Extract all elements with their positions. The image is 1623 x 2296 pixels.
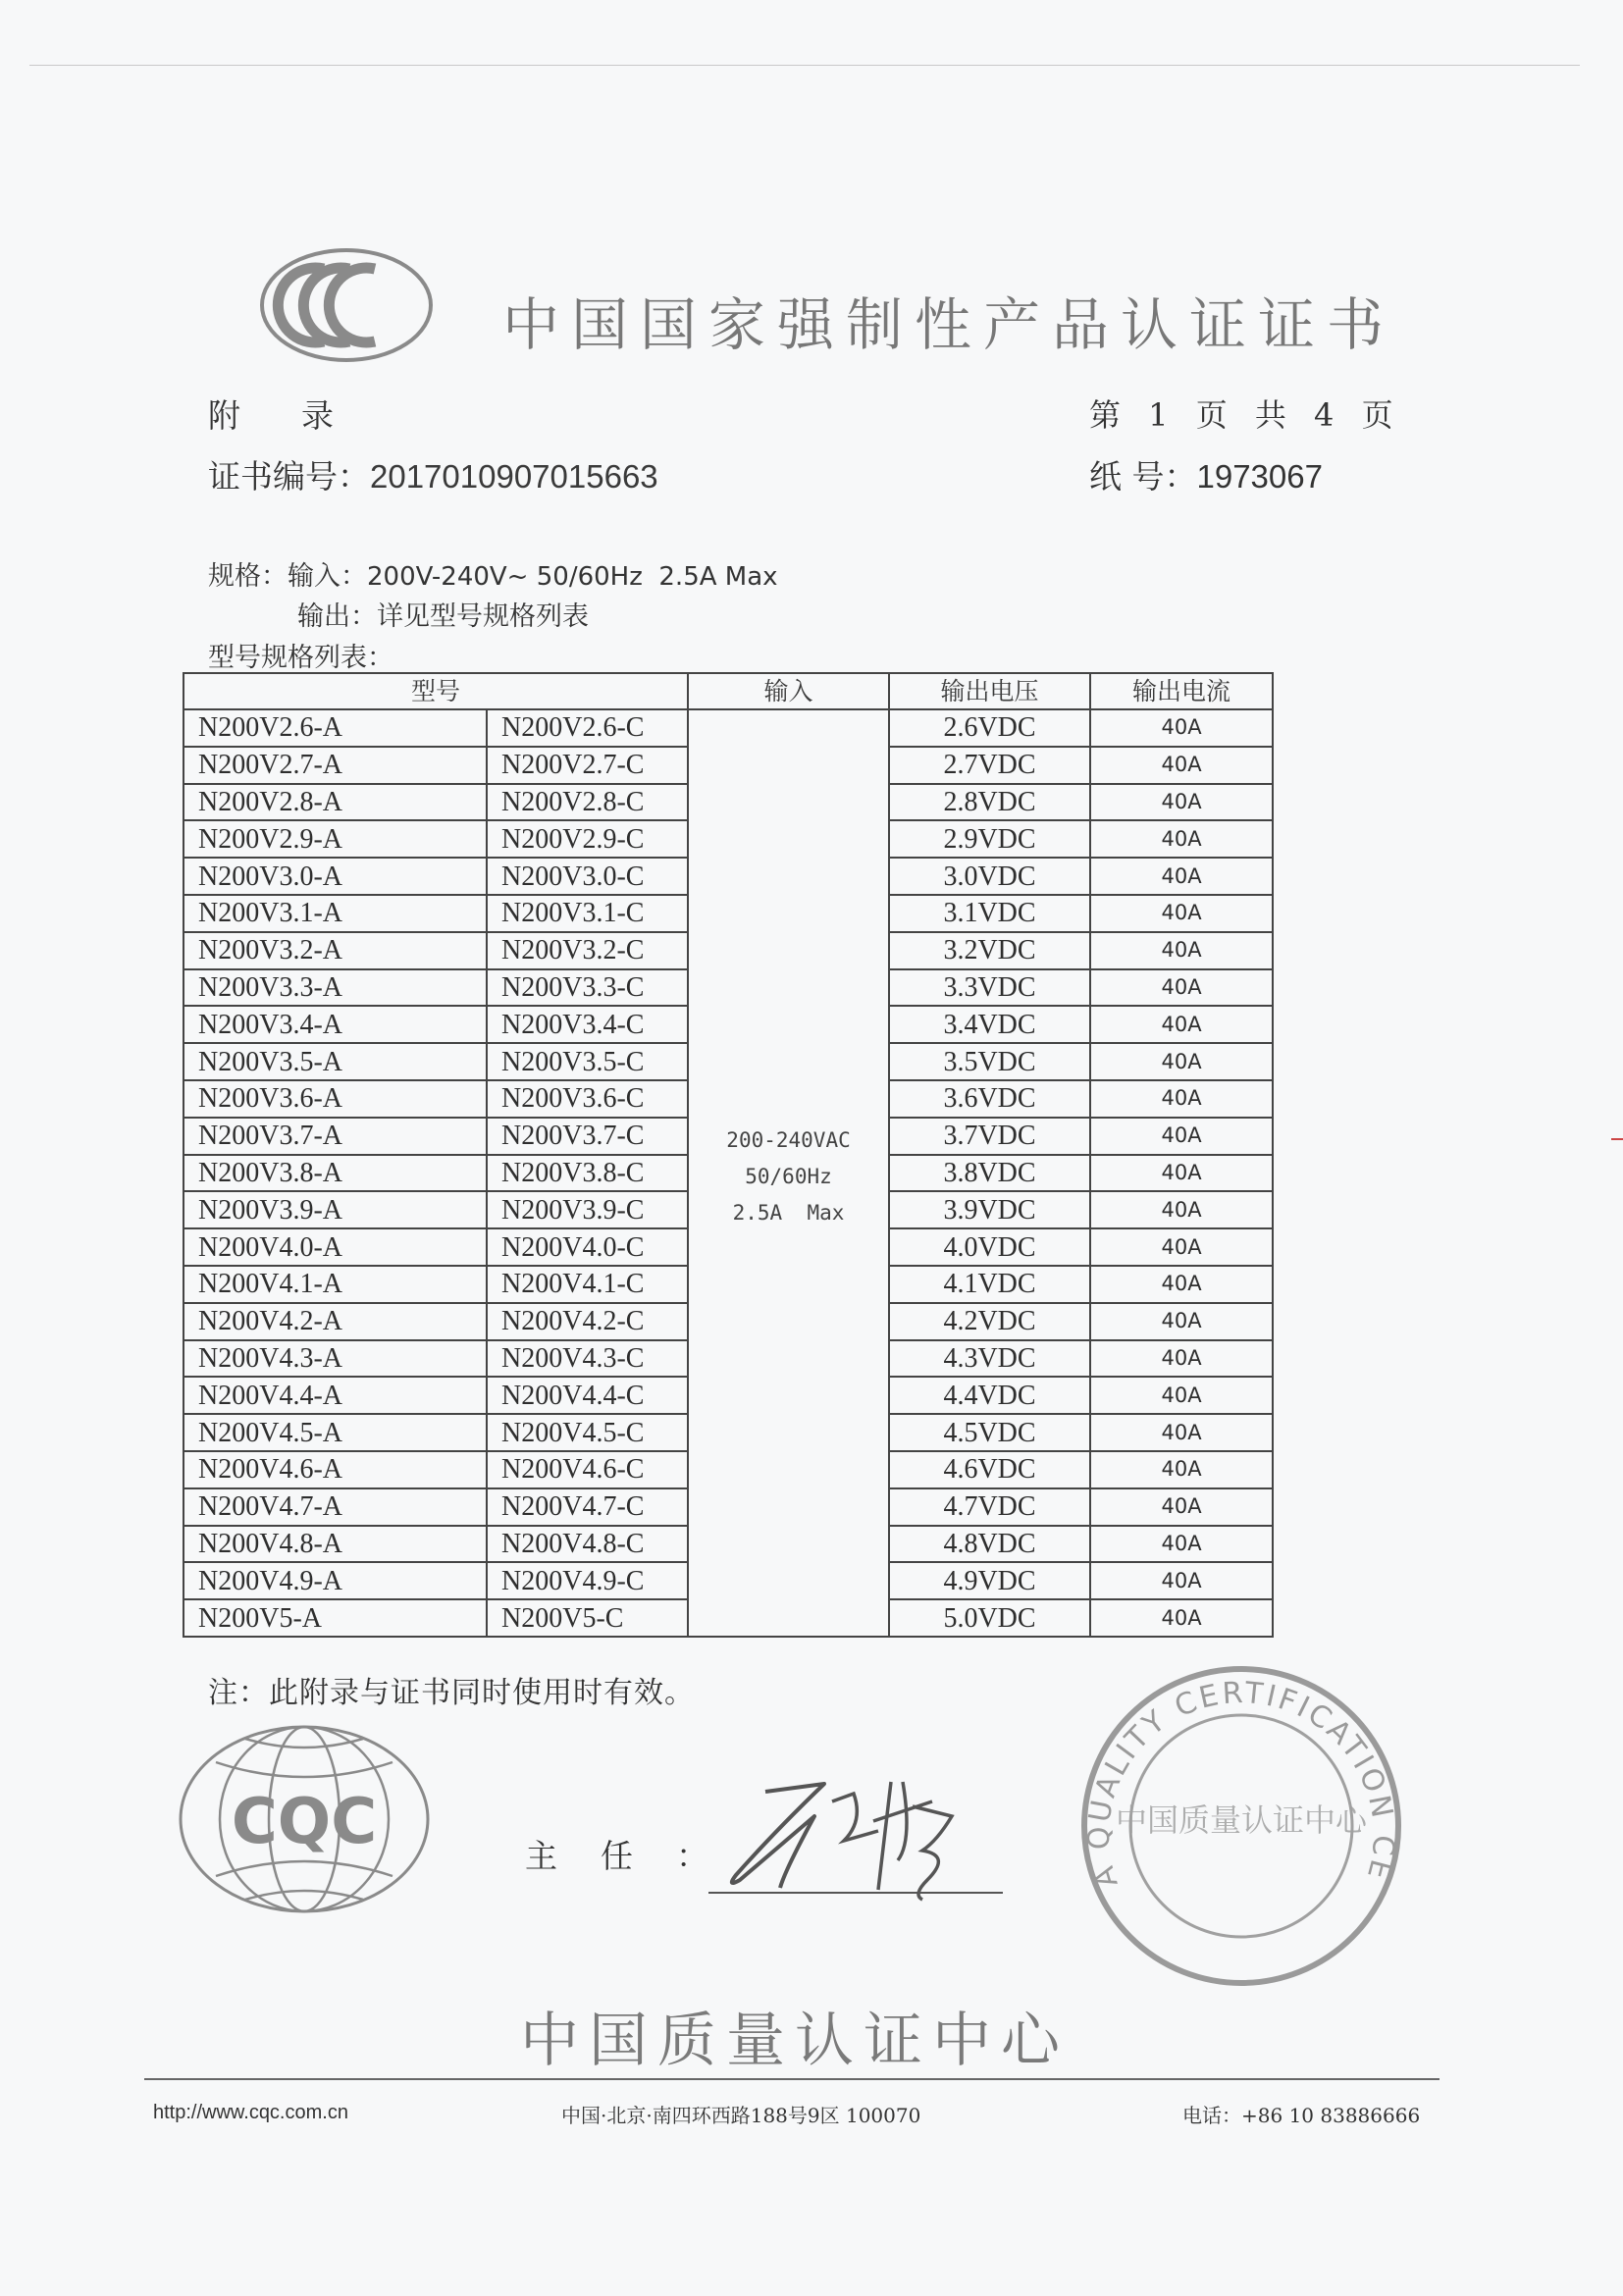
header-output-current: 输出电流 — [1090, 673, 1273, 709]
model-c-cell: N200V3.4-C — [487, 1006, 688, 1043]
output-current-cell: 40A — [1090, 747, 1273, 784]
issuing-organization: 中国质量认证中心 — [520, 1994, 1070, 2078]
output-current-cell: 40A — [1090, 1043, 1273, 1080]
output-voltage-cell: 4.3VDC — [889, 1340, 1090, 1378]
output-current-cell: 40A — [1090, 820, 1273, 858]
model-a-cell: N200V3.0-A — [183, 858, 487, 895]
model-a-cell: N200V5-A — [183, 1599, 487, 1637]
model-a-cell: N200V3.5-A — [183, 1043, 487, 1080]
model-a-cell: N200V3.7-A — [183, 1118, 487, 1155]
certificate-title: 中国国家强制性产品认证证书 — [502, 279, 1395, 361]
output-voltage-cell: 3.8VDC — [889, 1155, 1090, 1192]
model-a-cell: N200V2.8-A — [183, 784, 487, 821]
model-a-cell: N200V3.4-A — [183, 1006, 487, 1043]
table-header-row: 型号 输入 输出电压 输出电流 — [183, 673, 1273, 709]
footer-url-link[interactable]: http://www.cqc.com.cn — [153, 2102, 348, 2124]
appendix-label: 附录 — [208, 391, 394, 437]
output-voltage-cell: 3.4VDC — [889, 1006, 1090, 1043]
certification-seal-icon: CHINA QUALITY CERTIFICATION CENTRE 中国质量认… — [1070, 1654, 1413, 1998]
model-c-cell: N200V3.7-C — [487, 1118, 688, 1155]
output-voltage-cell: 2.7VDC — [889, 747, 1090, 784]
spec-output-line: 输出：详见型号规格列表 — [297, 595, 589, 633]
output-current-cell: 40A — [1090, 1377, 1273, 1414]
output-voltage-cell: 3.0VDC — [889, 858, 1090, 895]
model-a-cell: N200V3.8-A — [183, 1155, 487, 1192]
output-voltage-cell: 3.6VDC — [889, 1080, 1090, 1118]
model-a-cell: N200V4.1-A — [183, 1266, 487, 1303]
output-voltage-cell: 4.4VDC — [889, 1377, 1090, 1414]
output-current-cell: 40A — [1090, 1599, 1273, 1637]
footer-phone: 电话：+86 10 83886666 — [1182, 2100, 1420, 2128]
output-current-cell: 40A — [1090, 932, 1273, 969]
footer-divider — [144, 2078, 1440, 2080]
model-c-cell: N200V4.2-C — [487, 1303, 688, 1340]
output-current-cell: 40A — [1090, 858, 1273, 895]
model-c-cell: N200V3.1-C — [487, 895, 688, 932]
paper-number-value: 1973067 — [1197, 458, 1323, 495]
output-current-cell: 40A — [1090, 1414, 1273, 1451]
model-c-cell: N200V2.6-C — [487, 709, 688, 747]
model-c-cell: N200V3.8-C — [487, 1155, 688, 1192]
output-voltage-cell: 2.8VDC — [889, 784, 1090, 821]
paper-number: 纸 号：1973067 — [1089, 451, 1323, 497]
model-a-cell: N200V3.6-A — [183, 1080, 487, 1118]
output-current-cell: 40A — [1090, 1562, 1273, 1599]
output-voltage-cell: 3.7VDC — [889, 1118, 1090, 1155]
spec-output-value: 详见型号规格列表 — [377, 601, 589, 632]
input-rating-line: 200-240VAC — [689, 1122, 888, 1159]
spec-output-label: 输出： — [297, 601, 377, 632]
table-caption: 型号规格列表： — [208, 636, 393, 674]
output-current-cell: 40A — [1090, 1118, 1273, 1155]
output-current-cell: 40A — [1090, 784, 1273, 821]
output-voltage-cell: 4.7VDC — [889, 1488, 1090, 1526]
model-c-cell: N200V3.6-C — [487, 1080, 688, 1118]
input-rating-line: 50/60Hz — [689, 1159, 888, 1195]
model-a-cell: N200V4.6-A — [183, 1451, 487, 1488]
output-voltage-cell: 3.5VDC — [889, 1043, 1090, 1080]
validity-note: 注：此附录与证书同时使用时有效。 — [208, 1668, 695, 1711]
output-voltage-cell: 3.3VDC — [889, 969, 1090, 1007]
model-a-cell: N200V4.3-A — [183, 1340, 487, 1378]
certificate-number: 证书编号：2017010907015663 — [208, 451, 658, 497]
output-voltage-cell: 4.2VDC — [889, 1303, 1090, 1340]
output-current-cell: 40A — [1090, 969, 1273, 1007]
paper-number-label: 纸 号： — [1089, 457, 1197, 496]
model-spec-table: 型号 输入 输出电压 输出电流 N200V2.6-AN200V2.6-C200-… — [183, 672, 1274, 1638]
input-rating-cell: 200-240VAC50/60Hz2.5A Max — [688, 709, 889, 1637]
output-current-cell: 40A — [1090, 1080, 1273, 1118]
signature-icon — [716, 1762, 1021, 1909]
output-voltage-cell: 4.0VDC — [889, 1228, 1090, 1266]
model-c-cell: N200V4.1-C — [487, 1266, 688, 1303]
output-voltage-cell: 3.1VDC — [889, 895, 1090, 932]
model-c-cell: N200V2.9-C — [487, 820, 688, 858]
output-voltage-cell: 4.1VDC — [889, 1266, 1090, 1303]
svg-text:中国质量认证中心: 中国质量认证中心 — [1116, 1801, 1368, 1839]
model-c-cell: N200V2.7-C — [487, 747, 688, 784]
output-current-cell: 40A — [1090, 1228, 1273, 1266]
model-a-cell: N200V4.0-A — [183, 1228, 487, 1266]
certificate-number-value: 2017010907015663 — [370, 458, 658, 495]
output-current-cell: 40A — [1090, 895, 1273, 932]
model-c-cell: N200V3.2-C — [487, 932, 688, 969]
output-voltage-cell: 3.9VDC — [889, 1191, 1090, 1228]
page-indicator: 第 1 页 共 4 页 — [1089, 391, 1395, 436]
model-a-cell: N200V4.4-A — [183, 1377, 487, 1414]
model-a-cell: N200V4.2-A — [183, 1303, 487, 1340]
input-rating-line: 2.5A Max — [689, 1195, 888, 1231]
model-c-cell: N200V3.3-C — [487, 969, 688, 1007]
output-voltage-cell: 4.9VDC — [889, 1562, 1090, 1599]
output-current-cell: 40A — [1090, 1526, 1273, 1563]
model-c-cell: N200V4.6-C — [487, 1451, 688, 1488]
model-c-cell: N200V4.5-C — [487, 1414, 688, 1451]
output-voltage-cell: 5.0VDC — [889, 1599, 1090, 1637]
output-voltage-cell: 3.2VDC — [889, 932, 1090, 969]
output-current-cell: 40A — [1090, 1451, 1273, 1488]
footer-address: 中国·北京·南四环西路188号9区 100070 — [561, 2100, 920, 2128]
model-a-cell: N200V3.3-A — [183, 969, 487, 1007]
output-current-cell: 40A — [1090, 1266, 1273, 1303]
model-c-cell: N200V3.0-C — [487, 858, 688, 895]
model-a-cell: N200V4.9-A — [183, 1562, 487, 1599]
spec-input-label: 输入： — [288, 561, 367, 592]
model-c-cell: N200V4.3-C — [487, 1340, 688, 1378]
output-current-cell: 40A — [1090, 1155, 1273, 1192]
model-c-cell: N200V4.0-C — [487, 1228, 688, 1266]
scan-mark — [1611, 1138, 1623, 1140]
output-voltage-cell: 2.6VDC — [889, 709, 1090, 747]
model-a-cell: N200V2.9-A — [183, 820, 487, 858]
svg-text:CHINA QUALITY CERTIFICATION CE: CHINA QUALITY CERTIFICATION CENTRE — [1070, 1654, 1400, 1892]
model-a-cell: N200V3.9-A — [183, 1191, 487, 1228]
model-c-cell: N200V5-C — [487, 1599, 688, 1637]
spec-label: 规格： — [208, 561, 288, 592]
model-c-cell: N200V4.8-C — [487, 1526, 688, 1563]
output-voltage-cell: 2.9VDC — [889, 820, 1090, 858]
output-voltage-cell: 4.6VDC — [889, 1451, 1090, 1488]
ccc-mark-icon — [257, 245, 436, 365]
output-current-cell: 40A — [1090, 1303, 1273, 1340]
table-row: N200V2.6-AN200V2.6-C200-240VAC50/60Hz2.5… — [183, 709, 1273, 747]
model-a-cell: N200V3.1-A — [183, 895, 487, 932]
spec-input-line: 规格：输入：200V-240V~ 50/60Hz 2.5A Max — [208, 554, 778, 593]
header-output-voltage: 输出电压 — [889, 673, 1090, 709]
model-a-cell: N200V2.6-A — [183, 709, 487, 747]
output-current-cell: 40A — [1090, 709, 1273, 747]
model-a-cell: N200V4.5-A — [183, 1414, 487, 1451]
output-voltage-cell: 4.8VDC — [889, 1526, 1090, 1563]
svg-text:CQC: CQC — [232, 1786, 377, 1858]
output-voltage-cell: 4.5VDC — [889, 1414, 1090, 1451]
scan-edge-line — [29, 65, 1580, 66]
output-current-cell: 40A — [1090, 1340, 1273, 1378]
model-c-cell: N200V3.9-C — [487, 1191, 688, 1228]
model-c-cell: N200V4.7-C — [487, 1488, 688, 1526]
model-a-cell: N200V3.2-A — [183, 932, 487, 969]
output-current-cell: 40A — [1090, 1191, 1273, 1228]
output-current-cell: 40A — [1090, 1006, 1273, 1043]
model-c-cell: N200V4.4-C — [487, 1377, 688, 1414]
model-a-cell: N200V4.7-A — [183, 1488, 487, 1526]
certificate-number-label: 证书编号： — [208, 457, 370, 496]
model-c-cell: N200V3.5-C — [487, 1043, 688, 1080]
spec-input-value: 200V-240V~ 50/60Hz 2.5A Max — [367, 562, 778, 592]
model-c-cell: N200V4.9-C — [487, 1562, 688, 1599]
header-model: 型号 — [183, 673, 688, 709]
output-current-cell: 40A — [1090, 1488, 1273, 1526]
signature-line — [708, 1892, 1003, 1894]
model-c-cell: N200V2.8-C — [487, 784, 688, 821]
model-a-cell: N200V4.8-A — [183, 1526, 487, 1563]
header-input: 输入 — [688, 673, 889, 709]
cqc-globe-logo-icon: CQC — [177, 1723, 432, 1915]
model-a-cell: N200V2.7-A — [183, 747, 487, 784]
